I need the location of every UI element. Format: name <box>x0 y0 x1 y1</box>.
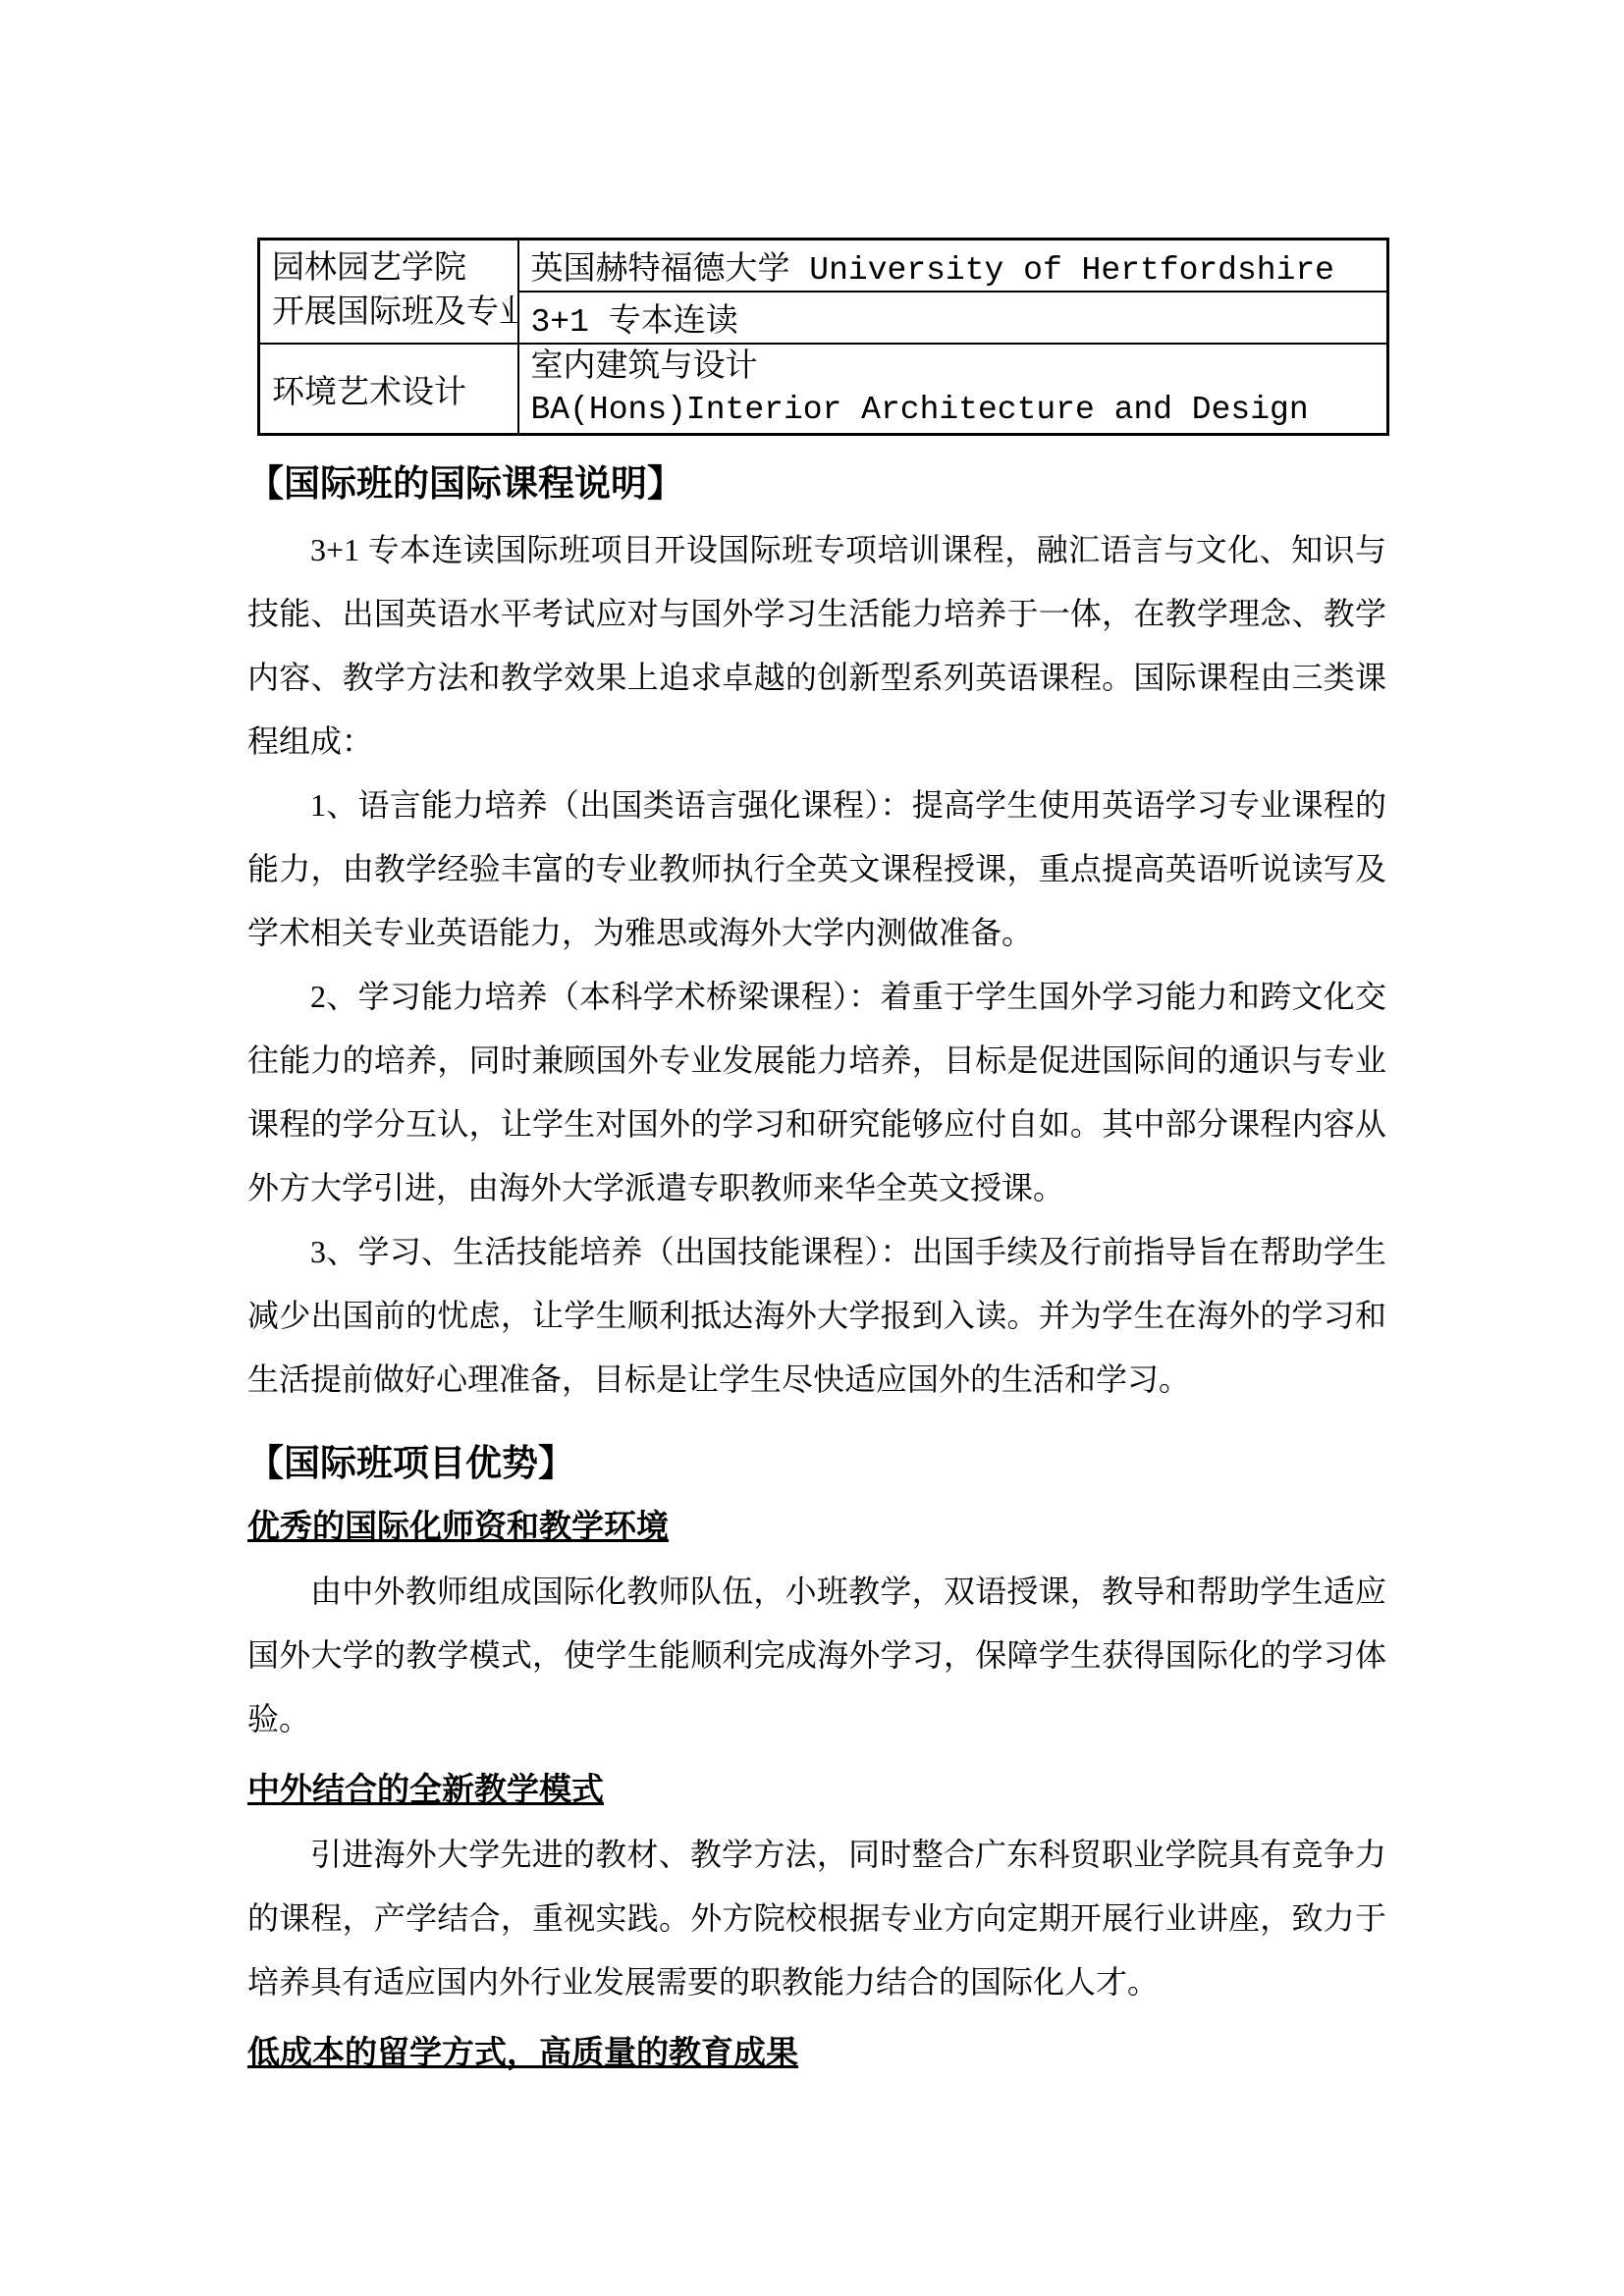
advantage-subheading-teaching-model: 中外结合的全新教学模式 <box>247 1759 1386 1823</box>
advantage-subheading-faculty: 优秀的国际化师资和教学环境 <box>247 1496 1386 1560</box>
advantage-subheading-low-cost: 低成本的留学方式，高质量的教育成果 <box>247 2022 1386 2086</box>
major-detail-cell: 室内建筑与设计 BA(Hons)Interior Architecture an… <box>518 344 1388 435</box>
course-paragraph-intro: 3+1 专本连读国际班项目开设国际班专项培训课程，融汇语言与文化、知识与技能、出… <box>247 518 1386 774</box>
advantage-section-heading: 【国际班项目优势】 <box>247 1441 1386 1488</box>
college-cell: 园林园艺学院 开展国际班及专业 <box>259 240 518 345</box>
course-paragraph-language: 1、语言能力培养（出国类语言强化课程）：提高学生使用英语学习专业课程的能力，由教… <box>247 774 1386 965</box>
course-paragraph-life-skills: 3、学习、生活技能培养（出国技能课程）：出国手续及行前指导旨在帮助学生减少出国前… <box>247 1220 1386 1412</box>
major-detail-en: BA(Hons)Interior Architecture and Design <box>531 389 1376 431</box>
advantage-body-teaching-model: 引进海外大学先进的教材、教学方法，同时整合广东科贸职业学院具有竞争力的课程，产学… <box>247 1823 1386 2014</box>
university-cell: 英国赫特福德大学 University of Hertfordshire <box>518 240 1388 293</box>
major-detail-cn: 室内建筑与设计 <box>531 347 1376 389</box>
college-name: 园林园艺学院 <box>272 247 506 292</box>
advantage-body-faculty: 由中外教师组成国际化教师队伍，小班教学，双语授课，教导和帮助学生适应国外大学的教… <box>247 1560 1386 1751</box>
course-section-heading: 【国际班的国际课程说明】 <box>247 461 1386 508</box>
program-mode-cell: 3+1 专本连读 <box>518 292 1388 344</box>
college-subtitle: 开展国际班及专业 <box>272 292 506 336</box>
document-page: 园林园艺学院 开展国际班及专业 英国赫特福德大学 University of H… <box>0 0 1624 2296</box>
major-cell: 环境艺术设计 <box>259 344 518 435</box>
program-table: 园林园艺学院 开展国际班及专业 英国赫特福德大学 University of H… <box>257 238 1389 436</box>
course-paragraph-study: 2、学习能力培养（本科学术桥梁课程）：着重于学生国外学习能力和跨文化交往能力的培… <box>247 965 1386 1220</box>
document-content: 园林园艺学院 开展国际班及专业 英国赫特福德大学 University of H… <box>247 238 1386 2086</box>
